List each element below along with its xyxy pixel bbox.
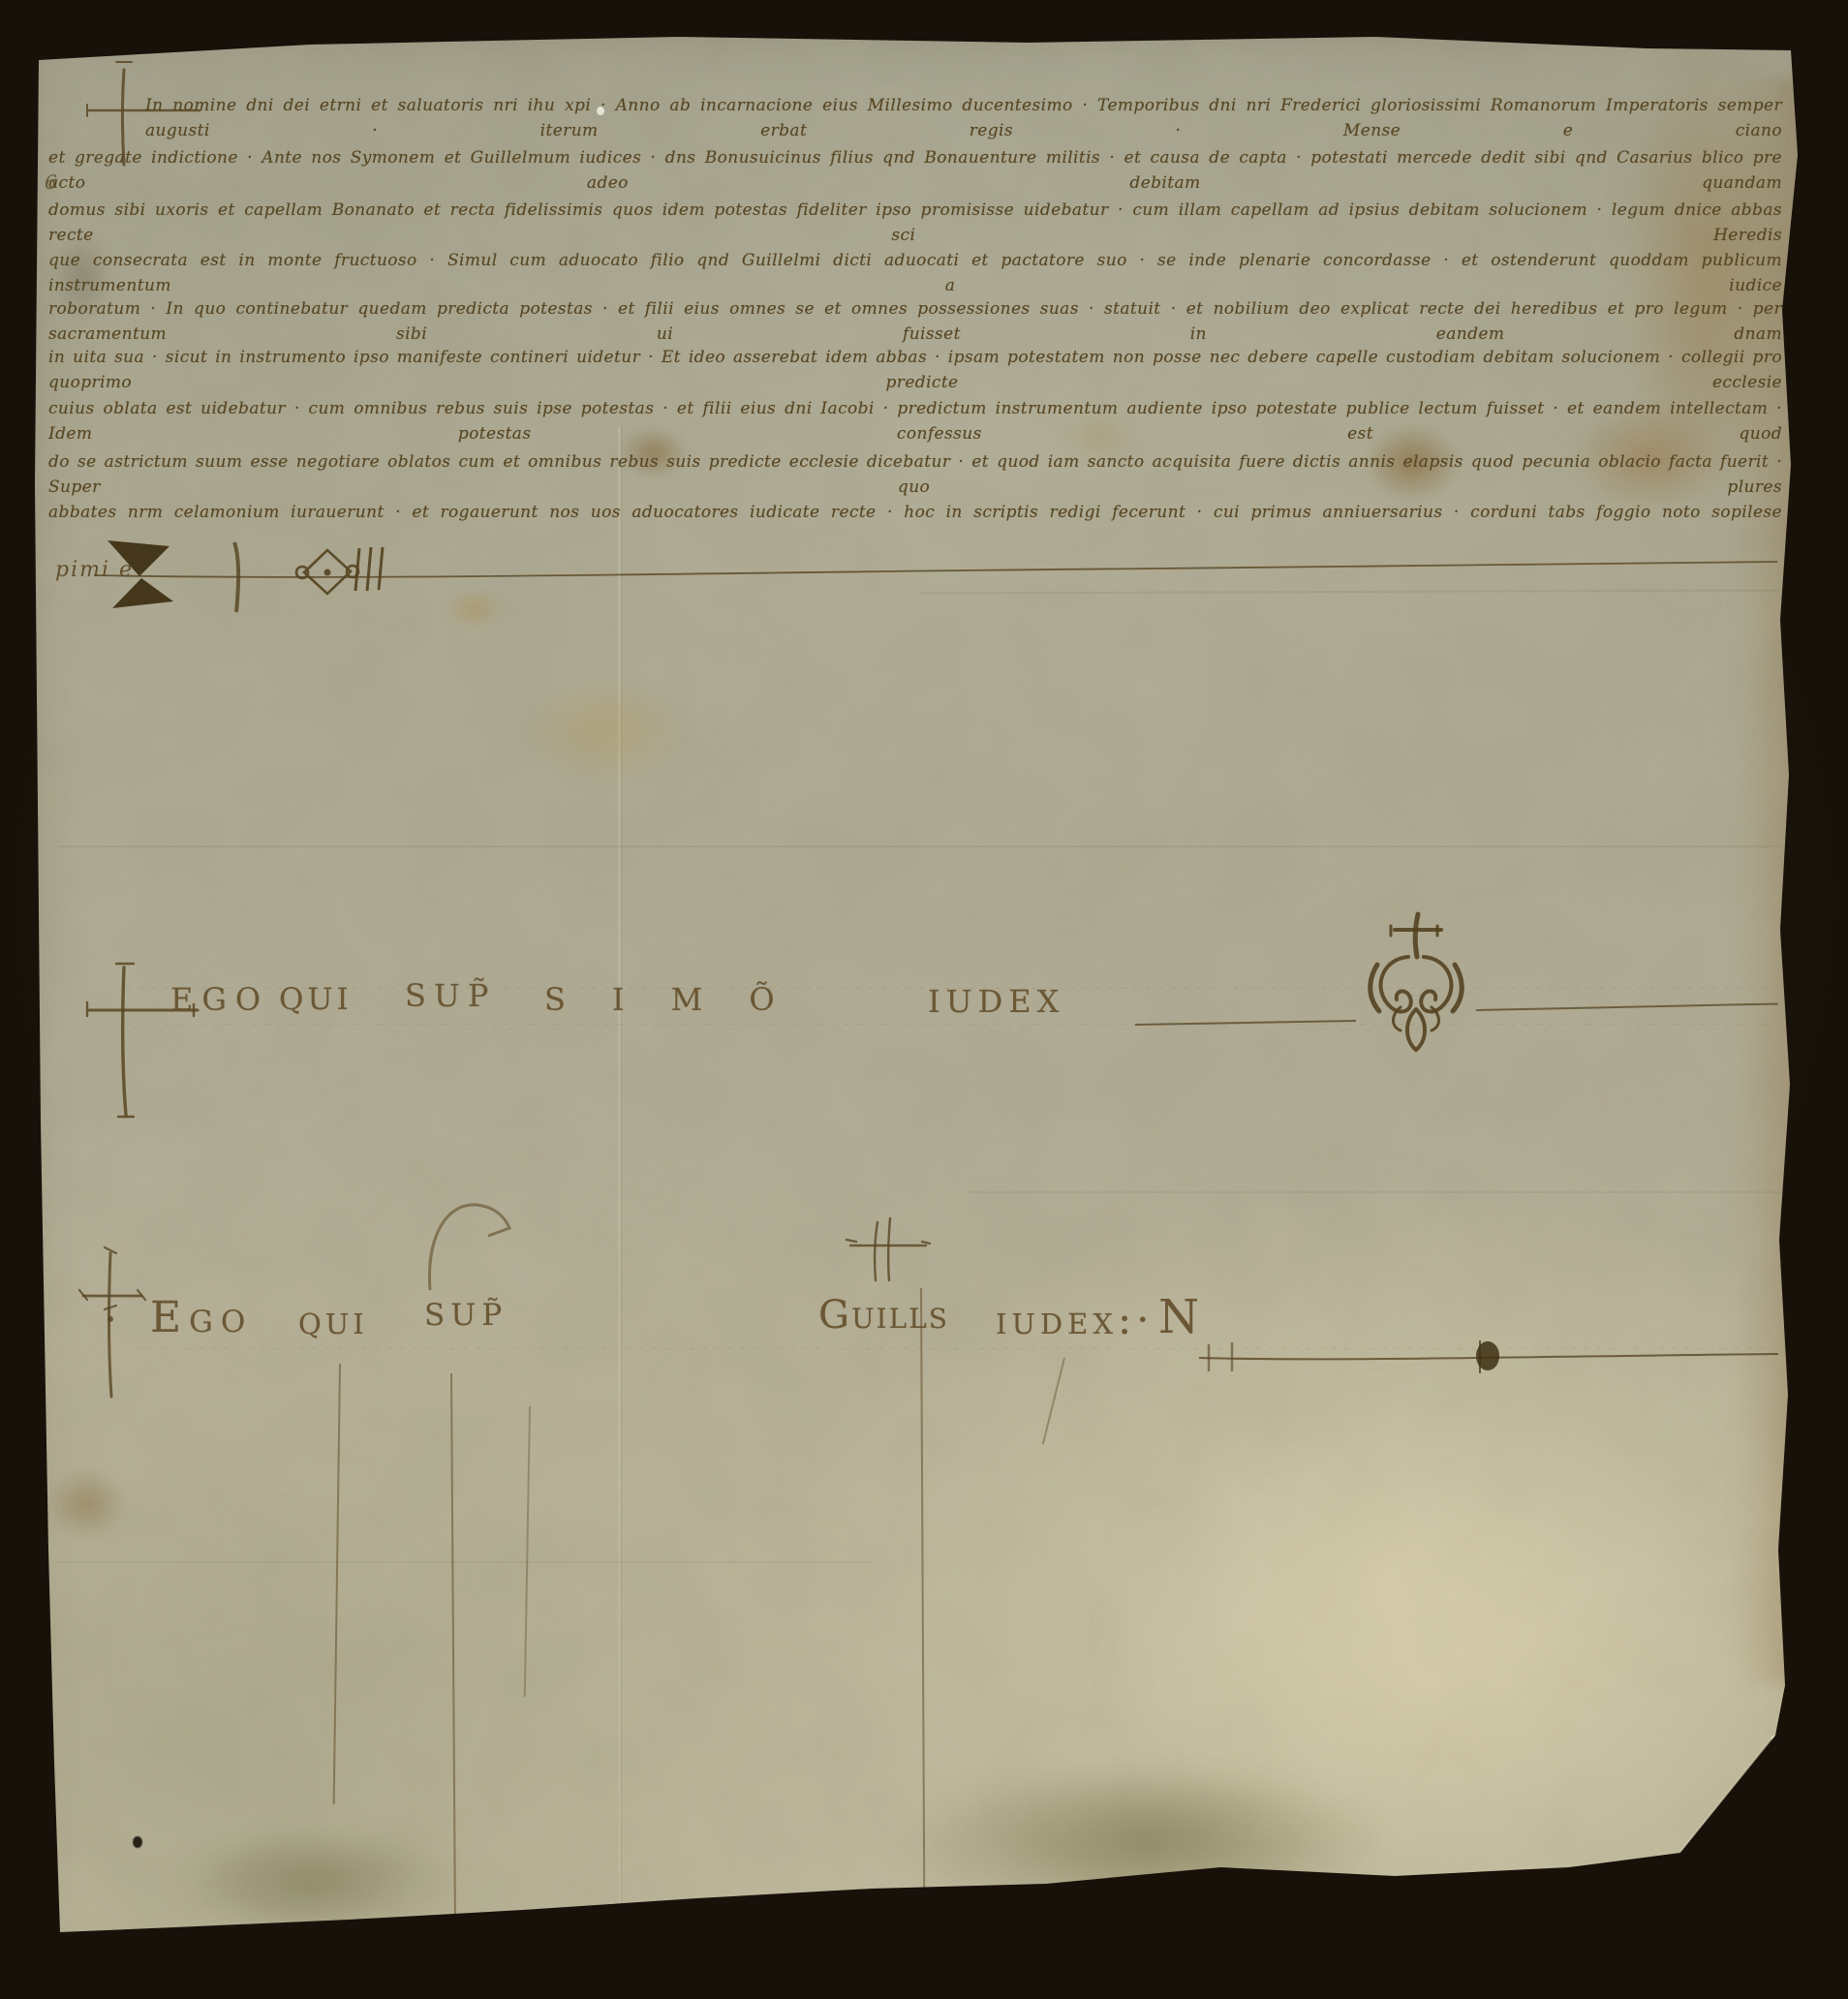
charter-line: domus sibi uxoris et capellam Bonanato e… <box>48 198 1782 248</box>
pen-descender <box>920 1288 925 1918</box>
wormhole <box>133 1836 142 1848</box>
hourglass-signum-icon <box>108 540 173 608</box>
damp-stain <box>165 1826 465 1937</box>
charter-text-block: In nomine dni dei etrni et saluatoris nr… <box>48 64 1782 568</box>
charter-line: cuius oblata est uidebatur · cum omnibus… <box>48 396 1782 446</box>
signature-word: sup̃ <box>405 965 496 1017</box>
cut-corner-edge <box>1647 1714 1811 1879</box>
charter-line: et gregate indictione · Ante nos Symonem… <box>48 145 1782 196</box>
notary-signa-row <box>92 533 1782 625</box>
ascender-flourish <box>416 1189 523 1296</box>
parchment-sheet: 6 In nomine dni dei etrni et saluatoris … <box>0 0 1848 1999</box>
damp-stain <box>910 1763 1385 1918</box>
charter-line: roboratum · In quo continebatur quedam p… <box>48 296 1782 347</box>
signature-word: qui <box>279 970 353 1020</box>
charter-line: in uita sua · sicut in instrumento ipso … <box>48 345 1782 395</box>
stain <box>523 678 688 784</box>
charter-line: In nomine dni dei etrni et saluatoris nr… <box>48 93 1782 143</box>
pen-descender <box>1042 1358 1065 1445</box>
signature-word: N <box>1158 1290 1199 1344</box>
charter-line: abbates nrm celamonium iurauerunt · et r… <box>48 500 1782 525</box>
pen-descender <box>333 1364 341 1804</box>
signature-rule-with-ticks <box>1197 1329 1782 1387</box>
signature-rule <box>1476 1002 1778 1010</box>
lightened-area <box>1094 1395 1772 1898</box>
small-cross-icon <box>845 1216 932 1284</box>
stain <box>45 1467 127 1540</box>
charter-line: do se astrictum suum esse negotiare obla… <box>48 449 1782 500</box>
signature-word: ego <box>170 969 269 1021</box>
signature-word: Ego <box>150 1293 253 1342</box>
pen-descender <box>450 1373 456 1921</box>
tally-three-icon <box>355 547 383 591</box>
signature-rule <box>1135 1020 1356 1026</box>
signature-word: qui <box>298 1296 368 1343</box>
horizontal-crease <box>969 1191 1782 1193</box>
signature-word: Guills <box>818 1293 949 1338</box>
ruling-guide <box>126 1024 1772 1025</box>
notary-chrismon-icon <box>1348 908 1484 1054</box>
pen-descender <box>524 1406 531 1697</box>
photo-backing: 6 In nomine dni dei etrni et saluatoris … <box>0 0 1848 1999</box>
signature-word: iudex <box>928 970 1064 1023</box>
vertical-fold-crease <box>618 426 621 1922</box>
lozenge-dot-signum-icon <box>296 550 358 594</box>
horizontal-crease <box>58 1561 872 1563</box>
signature-word: iudex:· <box>996 1296 1154 1343</box>
charter-line: que consecrata est in monte fructuoso · … <box>48 248 1782 298</box>
signature-word: simõ <box>544 969 821 1021</box>
horizontal-crease <box>58 846 1782 847</box>
